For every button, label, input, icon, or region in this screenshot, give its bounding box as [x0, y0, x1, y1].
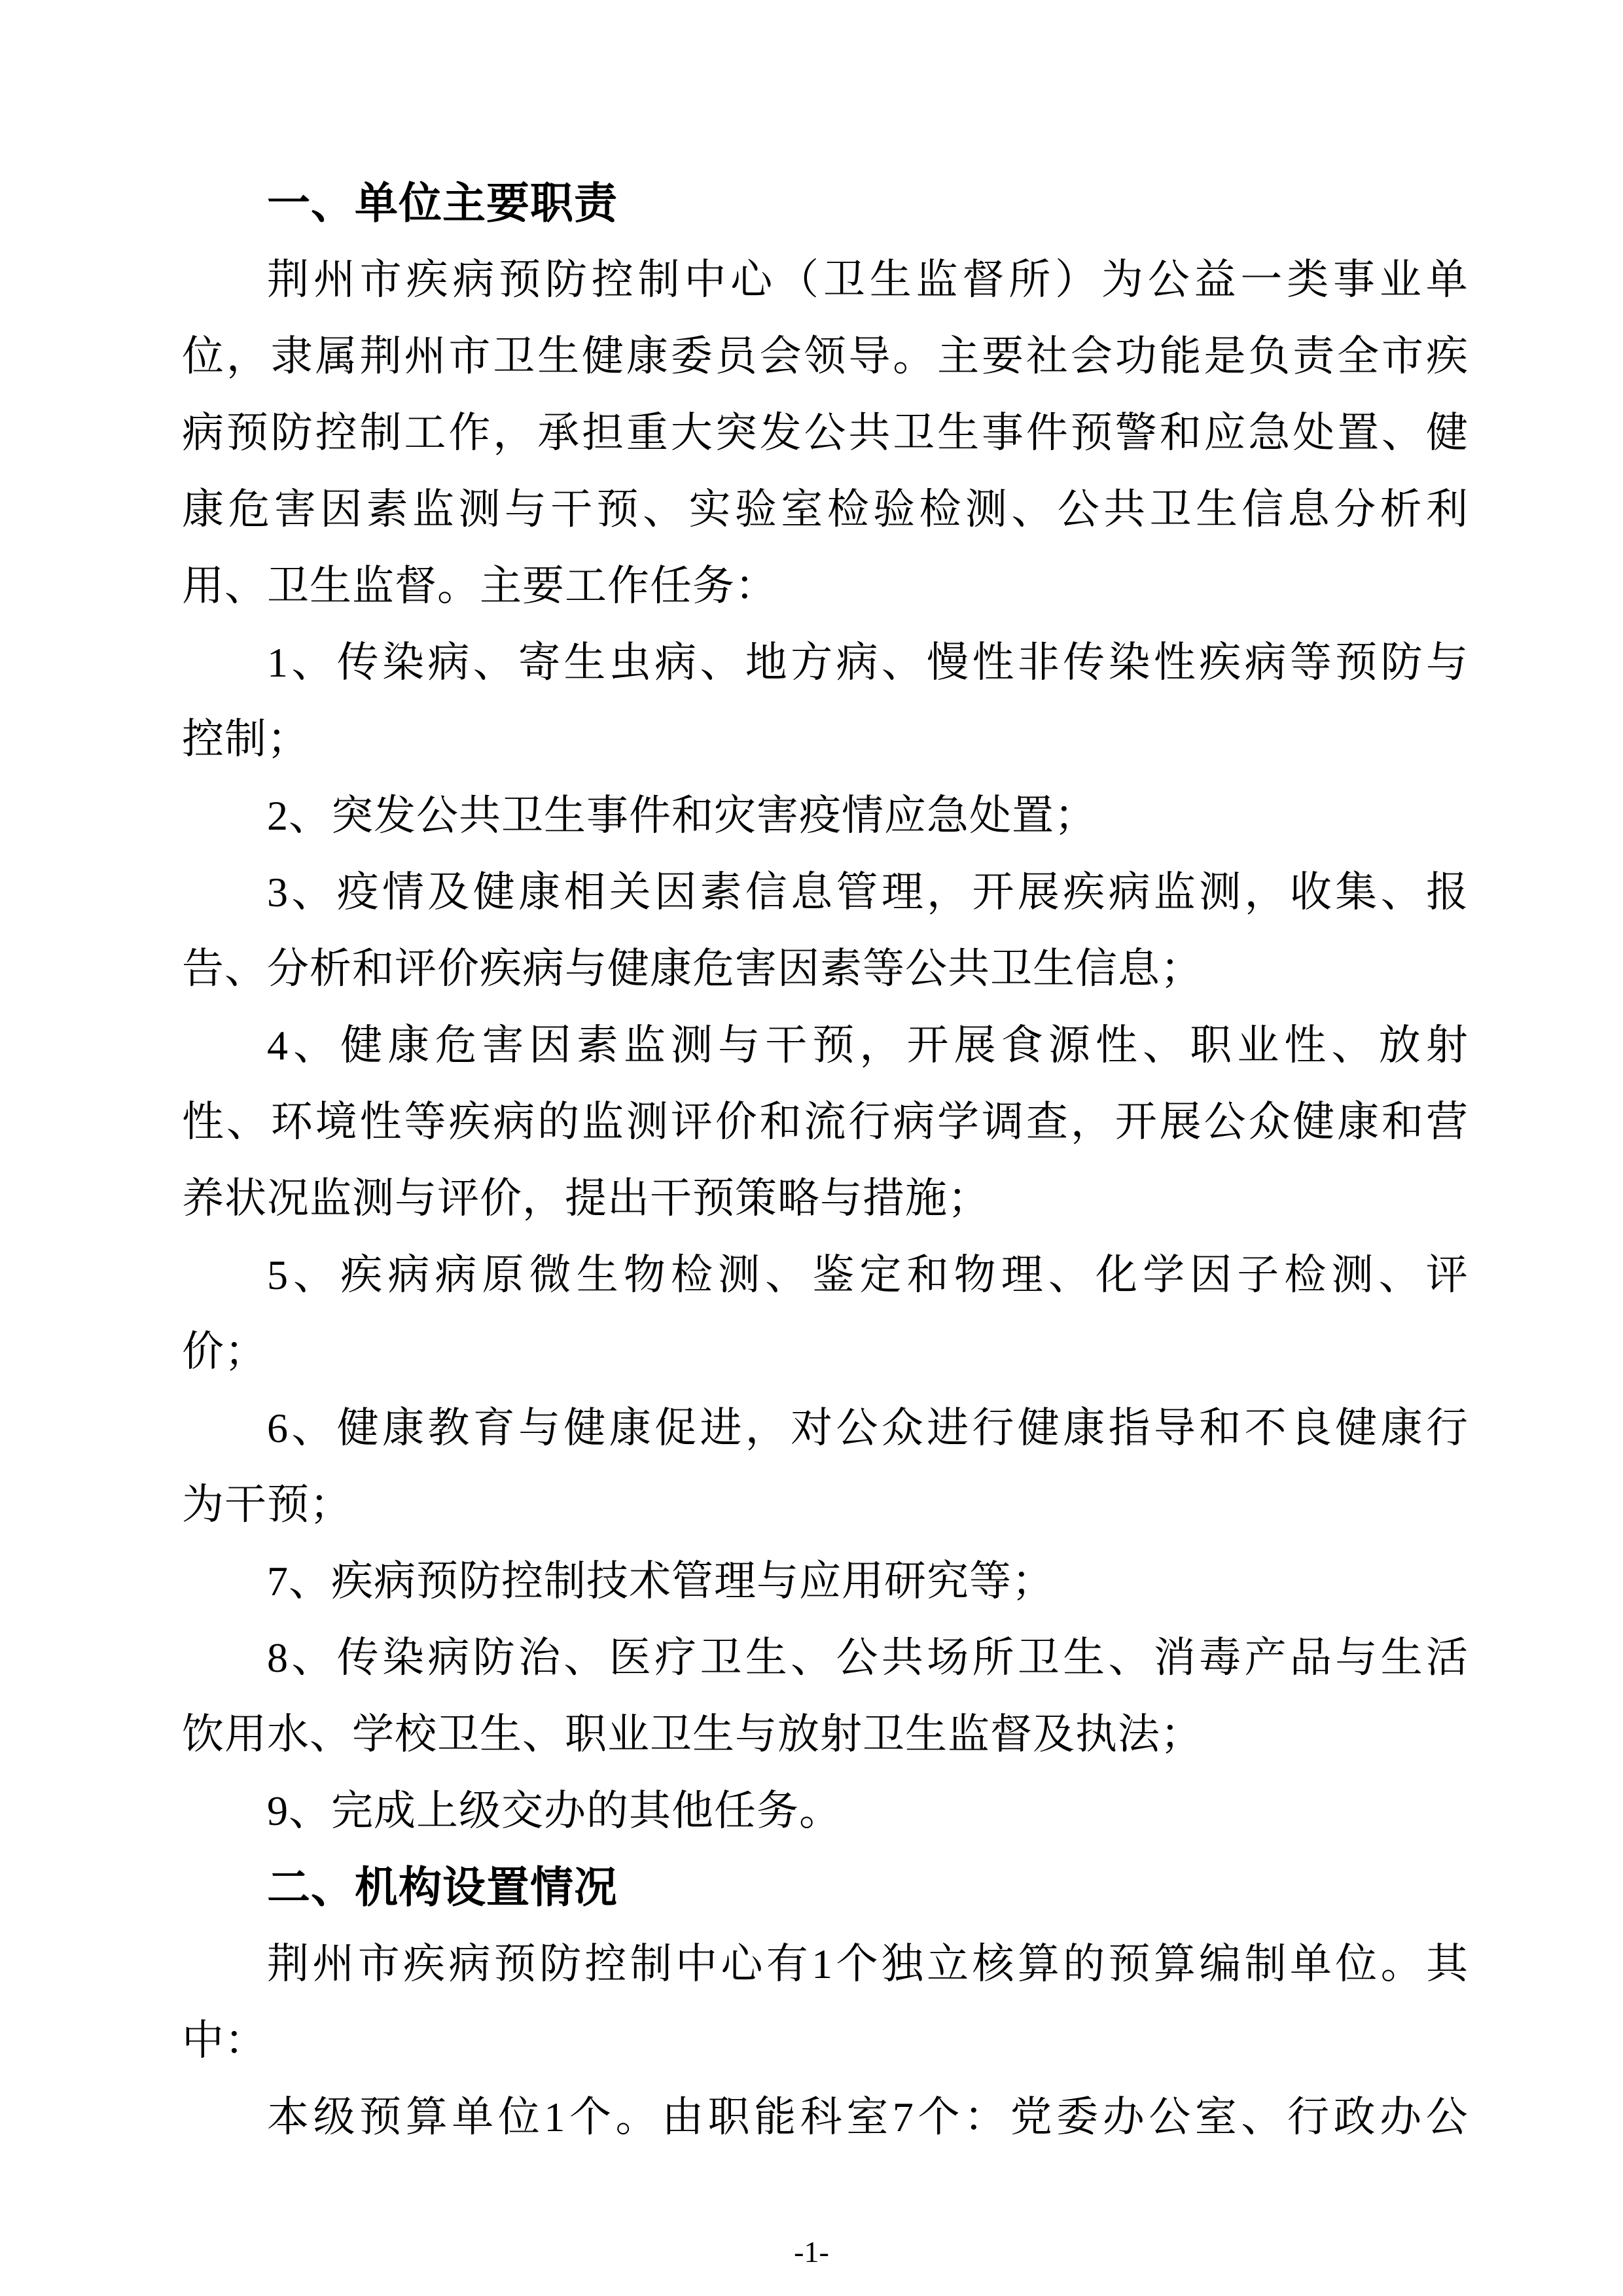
document-line: 6、健康教育与健康促进，对公众进行健康指导和不良健康行 — [182, 1390, 1469, 1466]
document-line: 控制； — [182, 701, 1469, 777]
document-line: 8、传染病防治、医疗卫生、公共场所卫生、消毒产品与生活 — [182, 1619, 1469, 1696]
document-page: 一、单位主要职责荆州市疾病预防控制中心（卫生监督所）为公益一类事业单位，隶属荆州… — [0, 0, 1623, 2296]
document-line: 告、分析和评价疾病与健康危害因素等公共卫生信息； — [182, 930, 1469, 1007]
document-line: 1、传染病、寄生虫病、地方病、慢性非传染性疾病等预防与 — [182, 624, 1469, 701]
document-line: 养状况监测与评价，提出干预策略与措施； — [182, 1160, 1469, 1237]
document-line: 3、疫情及健康相关因素信息管理，开展疾病监测，收集、报 — [182, 854, 1469, 930]
section-heading: 二、机构设置情况 — [182, 1849, 1469, 1926]
document-line: 用、卫生监督。主要工作任务： — [182, 548, 1469, 624]
page-number: -1- — [0, 2233, 1623, 2272]
document-line: 本级预算单位1个。由职能科室7个：党委办公室、行政办公 — [182, 2079, 1469, 2155]
document-line: 2、突发公共卫生事件和灾害疫情应急处置； — [182, 777, 1469, 854]
document-line: 价； — [182, 1313, 1469, 1390]
document-line: 病预防控制工作，承担重大突发公共卫生事件预警和应急处置、健 — [182, 395, 1469, 471]
document-body: 一、单位主要职责荆州市疾病预防控制中心（卫生监督所）为公益一类事业单位，隶属荆州… — [182, 165, 1469, 2155]
document-line: 9、完成上级交办的其他任务。 — [182, 1773, 1469, 1849]
document-line: 为干预； — [182, 1466, 1469, 1543]
document-line: 荆州市疾病预防控制中心有1个独立核算的预算编制单位。其 — [182, 1926, 1469, 2002]
document-line: 7、疾病预防控制技术管理与应用研究等； — [182, 1543, 1469, 1619]
document-line: 4、健康危害因素监测与干预，开展食源性、职业性、放射 — [182, 1007, 1469, 1084]
document-line: 位，隶属荆州市卫生健康委员会领导。主要社会功能是负责全市疾 — [182, 318, 1469, 395]
document-line: 康危害因素监测与干预、实验室检验检测、公共卫生信息分析利 — [182, 471, 1469, 548]
document-line: 荆州市疾病预防控制中心（卫生监督所）为公益一类事业单 — [182, 241, 1469, 318]
document-line: 中： — [182, 2002, 1469, 2079]
document-line: 饮用水、学校卫生、职业卫生与放射卫生监督及执法； — [182, 1696, 1469, 1773]
section-heading: 一、单位主要职责 — [182, 165, 1469, 241]
document-line: 性、环境性等疾病的监测评价和流行病学调查，开展公众健康和营 — [182, 1084, 1469, 1160]
document-line: 5、疾病病原微生物检测、鉴定和物理、化学因子检测、评 — [182, 1237, 1469, 1313]
